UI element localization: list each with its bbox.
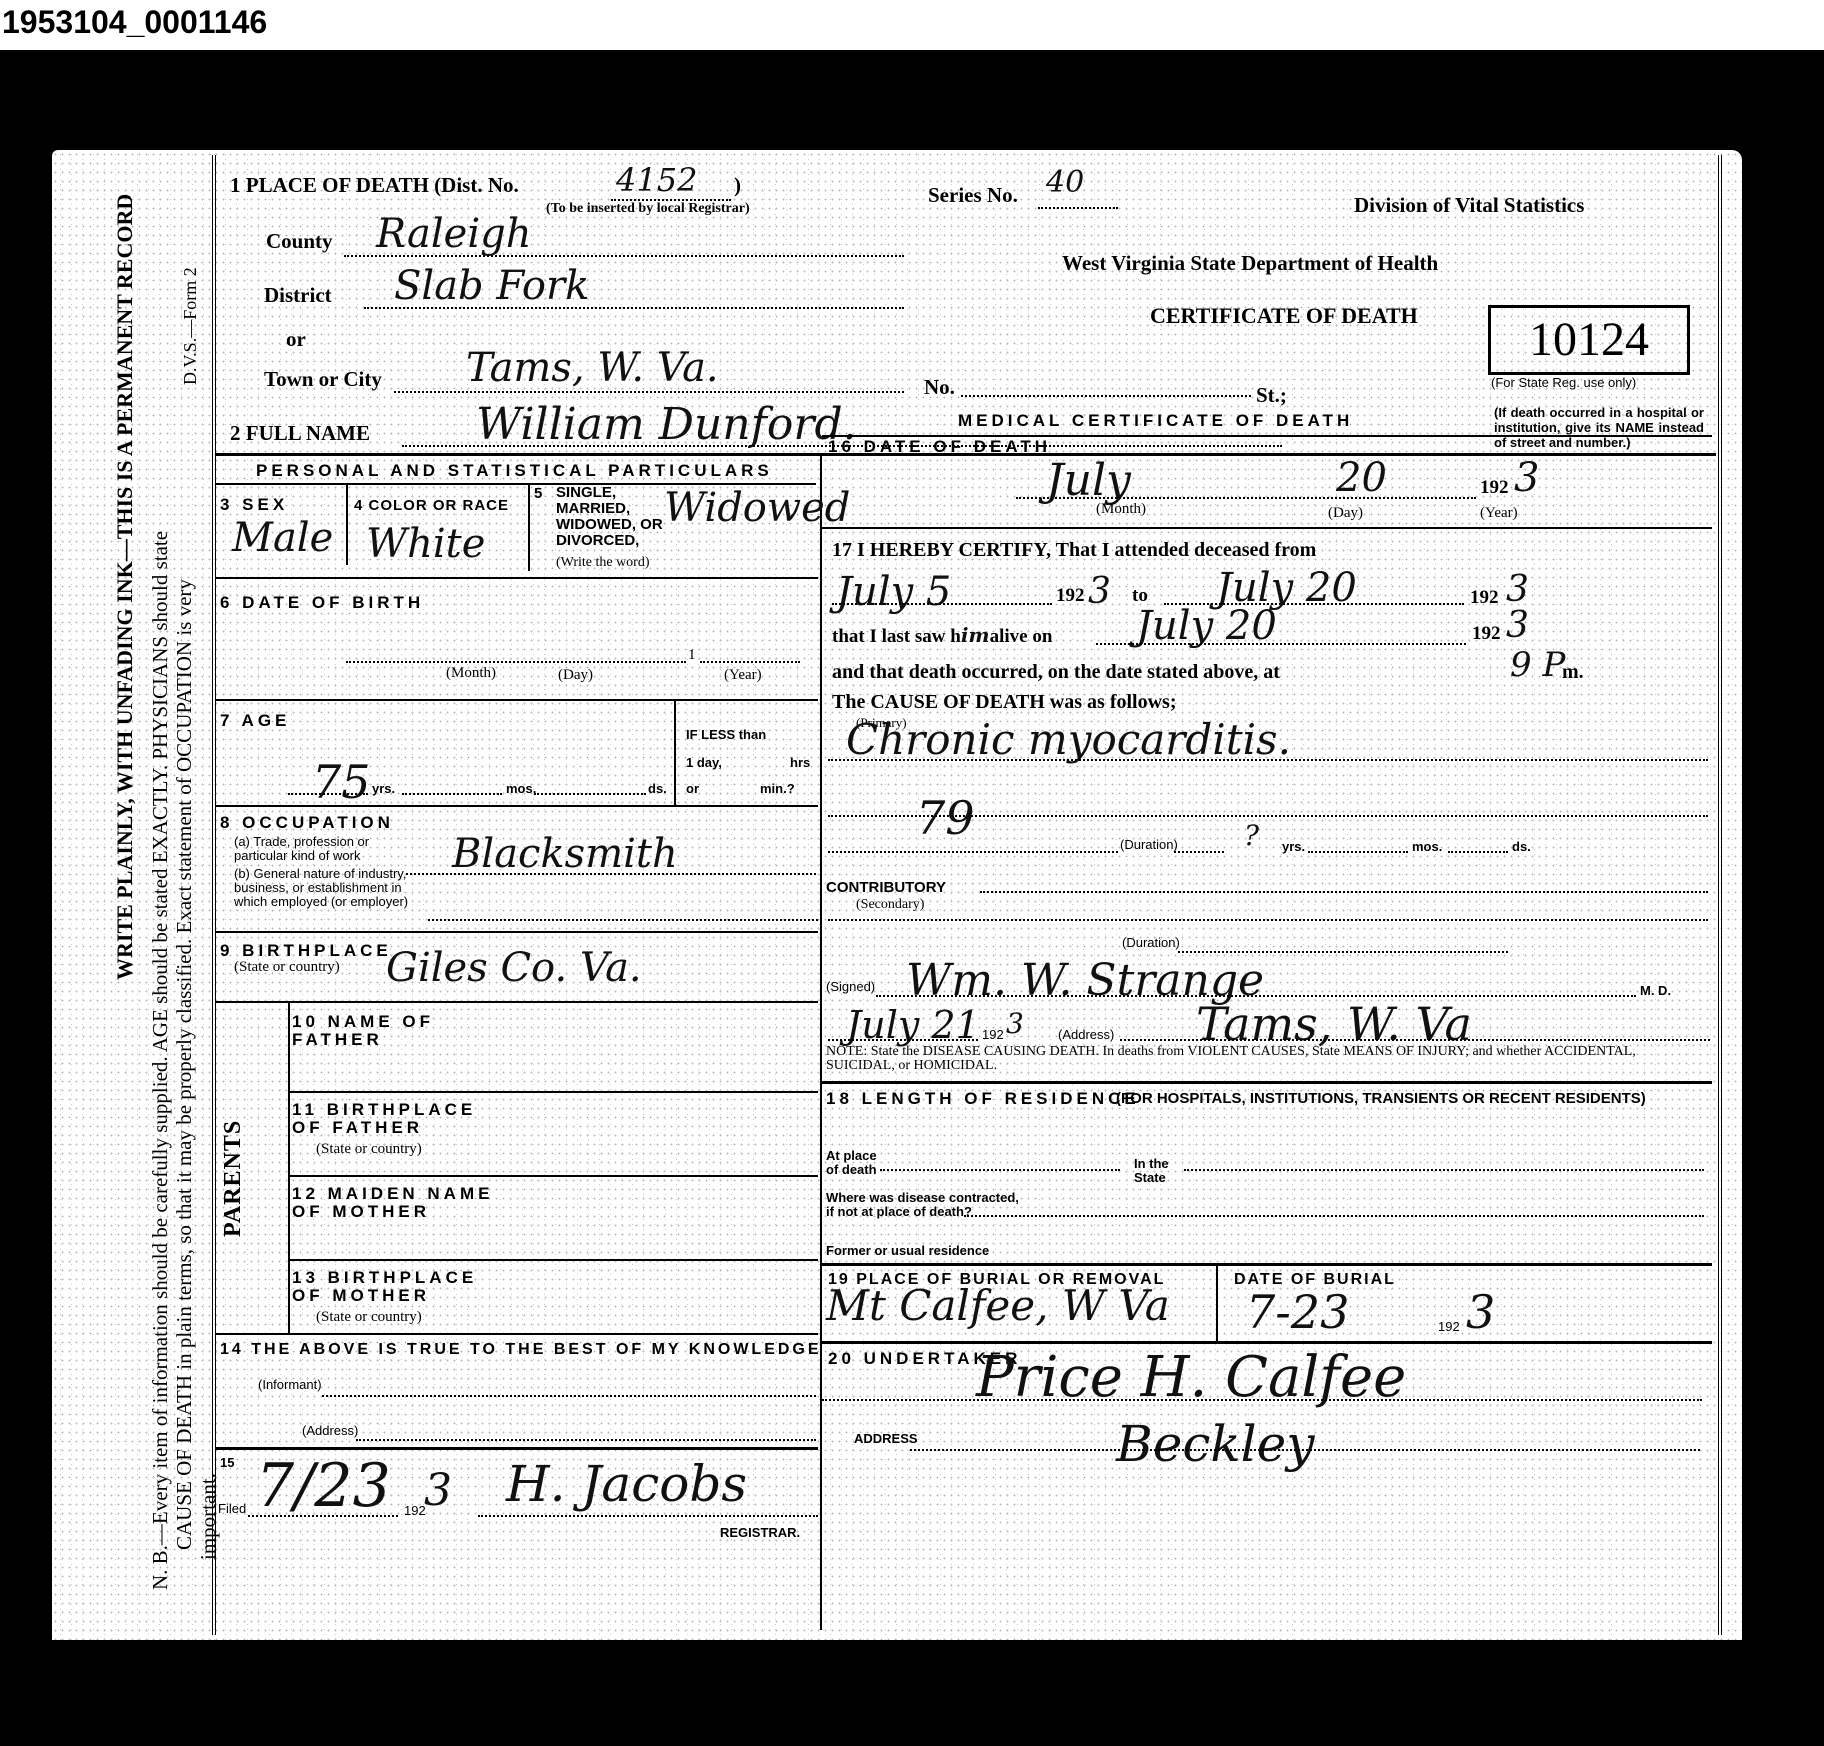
nb-instruction-line1: N. B.—Every item of information should b…: [148, 531, 173, 1590]
sidebar-instructions: WRITE PLAINLY, WITH UNFADING INK—THIS IS…: [52, 150, 212, 1640]
marital-label: SINGLE, MARRIED, WIDOWED, OR DIVORCED,: [556, 485, 676, 549]
county-value: Raleigh: [376, 211, 532, 257]
attended-from-year: 3: [1088, 571, 1111, 612]
personal-section-title: PERSONAL AND STATISTICAL PARTICULARS: [256, 461, 773, 481]
age-years: 75: [312, 755, 371, 809]
place-of-death-label: 1 PLACE OF DEATH (Dist. No.: [230, 173, 519, 198]
marital-note: (Write the word): [556, 555, 650, 571]
father-name-label: 10 NAME OF FATHER: [292, 1013, 492, 1049]
signed-year: 3: [1006, 1007, 1024, 1040]
attended-from-year-prefix: 192: [1056, 585, 1085, 607]
burial-year-prefix: 192: [1438, 1319, 1460, 1334]
hospital-note: (If death occurred in a hospital or inst…: [1494, 405, 1704, 450]
series-label: Series No.: [928, 183, 1018, 208]
dod-day-label: (Day): [1328, 505, 1363, 522]
md-label: M. D.: [1640, 983, 1671, 998]
last-saw-label: that I last saw himalive on: [832, 623, 1052, 648]
district-label: District: [264, 283, 332, 308]
street-label: St.;: [1256, 383, 1287, 408]
dob-year-label: (Year): [724, 667, 762, 684]
birthplace-note: (State or country): [234, 959, 340, 976]
registrar-label: REGISTRAR.: [720, 1525, 800, 1540]
father-birthplace-label: 11 BIRTHPLACE OF FATHER: [292, 1101, 492, 1137]
certify-statement: 17 I HEREBY CERTIFY, That I attended dec…: [832, 539, 1316, 562]
form-code: D.V.S.—Form 2: [180, 267, 201, 385]
dod-label: 16 DATE OF DEATH: [828, 437, 1051, 457]
if-less-label: IF LESS than: [686, 727, 766, 742]
informant-statement: 14 THE ABOVE IS TRUE TO THE BEST OF MY K…: [220, 1341, 822, 1359]
burial-place: Mt Calfee, W Va: [826, 1281, 1170, 1330]
informant-label: (Informant): [258, 1377, 322, 1392]
undertaker-address-label: ADDRESS: [854, 1431, 918, 1446]
signed-label: (Signed): [826, 979, 875, 994]
county-label: County: [266, 229, 333, 254]
or-min-label: or: [686, 781, 699, 796]
residence-label: 18 LENGTH OF RESIDENCE: [826, 1089, 1140, 1109]
street-no-label: No.: [924, 375, 955, 400]
age-label: 7 AGE: [220, 711, 290, 731]
town-label: Town or City: [264, 367, 382, 392]
dod-year-prefix: 192: [1480, 477, 1509, 499]
certificate-title: CERTIFICATE OF DEATH: [1150, 303, 1418, 329]
burial-date: 7-23: [1246, 1285, 1349, 1339]
mother-birthplace-label: 13 BIRTHPLACE OF MOTHER: [292, 1269, 492, 1305]
in-state-label: In the State: [1134, 1157, 1194, 1185]
full-name-label: 2 FULL NAME: [230, 421, 370, 446]
dob-month-label: (Month): [446, 665, 496, 682]
contributory-label: CONTRIBUTORY: [826, 879, 946, 896]
duration-ds-label: ds.: [1512, 839, 1531, 854]
former-residence-label: Former or usual residence: [826, 1243, 989, 1258]
min-label: min.?: [760, 781, 795, 796]
filed-date: 7/23: [256, 1451, 391, 1521]
or-label: or: [286, 327, 306, 352]
dod-day: 20: [1336, 455, 1387, 501]
image-id-label: 1953104_0001146: [2, 4, 267, 41]
at-place-label: At place of death: [826, 1149, 886, 1177]
last-saw-year: 3: [1506, 605, 1529, 646]
race-value: White: [366, 521, 485, 567]
dod-year-label: (Year): [1480, 505, 1518, 522]
father-birthplace-note: (State or country): [316, 1141, 422, 1158]
signed-year-prefix: 192: [982, 1027, 1004, 1042]
district-value: Slab Fork: [394, 263, 589, 309]
marital-number: 5: [534, 485, 542, 502]
full-name-value: William Dunford.: [476, 399, 857, 450]
nb-instruction-line2: CAUSE OF DEATH in plain terms, so that i…: [172, 579, 197, 1550]
sex-label: 3 SEX: [220, 495, 288, 515]
physician-address-label: (Address): [1058, 1027, 1114, 1042]
time-of-death: 9 P: [1510, 645, 1565, 685]
primary-cause: Chronic myocarditis.: [846, 715, 1291, 764]
dod-year: 3: [1514, 455, 1539, 501]
am-pm-label: m.: [1562, 661, 1584, 684]
dob-year-prefix: 1: [688, 647, 696, 664]
age-ds-label: ds.: [648, 781, 667, 796]
series-number: 40: [1046, 165, 1084, 200]
filed-year: 3: [424, 1465, 452, 1516]
last-saw-pronoun: im: [961, 623, 990, 647]
attended-to-year: 3: [1506, 569, 1529, 610]
death-occurred-statement: and that death occurred, on the date sta…: [832, 661, 1280, 684]
duration-yrs-label: yrs.: [1282, 839, 1305, 854]
birthplace-value: Giles Co. Va.: [386, 945, 642, 991]
division-title: Division of Vital Statistics: [1354, 193, 1584, 218]
duration-mos-label: mos.: [1412, 839, 1442, 854]
cause-note: 79: [916, 791, 975, 845]
mother-maiden-label: 12 MAIDEN NAME OF MOTHER: [292, 1185, 532, 1221]
district-number: 4152: [616, 161, 697, 199]
mother-birthplace-note: (State or country): [316, 1309, 422, 1326]
occupation-label: 8 OCCUPATION: [220, 813, 394, 833]
attended-from: July 5: [836, 569, 951, 615]
filed-year-prefix: 192: [404, 1503, 426, 1518]
marital-value: Widowed: [664, 485, 850, 531]
residence-note: (FOR HOSPITALS, INSTITUTIONS, TRANSIENTS…: [1116, 1091, 1676, 1107]
dod-month-label: (Month): [1096, 501, 1146, 518]
duration-years: ?: [1244, 819, 1259, 852]
dob-day-label: (Day): [558, 667, 593, 684]
hrs-label: hrs: [790, 755, 810, 770]
dob-label: 6 DATE OF BIRTH: [220, 593, 424, 613]
occupation-value: Blacksmith: [452, 831, 678, 877]
cause-intro: The CAUSE OF DEATH was as follows;: [832, 691, 1176, 714]
undertaker-address: Beckley: [1116, 1415, 1314, 1473]
filed-label: Filed: [218, 1501, 246, 1516]
town-value: Tams, W. Va.: [466, 345, 719, 391]
physician-address: Tams, W. Va: [1196, 997, 1472, 1051]
attended-to-year-prefix: 192: [1470, 587, 1499, 609]
death-certificate-form: 1 PLACE OF DEATH (Dist. No. 4152 ) (To b…: [212, 155, 1722, 1635]
dist-no-note: (To be inserted by local Registrar): [546, 201, 750, 217]
informant-address-label: (Address): [302, 1423, 358, 1438]
certificate-number: 10124: [1488, 305, 1690, 375]
duration-label: (Duration): [1120, 837, 1178, 852]
permanent-record-note: WRITE PLAINLY, WITH UNFADING INK—THIS IS…: [112, 194, 138, 980]
one-day-label: 1 day,: [686, 755, 722, 770]
department-title: West Virginia State Department of Health: [1062, 251, 1438, 276]
note-text: NOTE: State the DISEASE CAUSING DEATH. I…: [826, 1045, 1706, 1073]
race-label: 4 COLOR OR RACE: [354, 497, 509, 514]
secondary-label: (Secondary): [856, 897, 924, 913]
age-mos-label: mos.: [506, 781, 536, 796]
sex-value: Male: [232, 515, 333, 561]
occupation-a-label: (a) Trade, profession or particular kind…: [234, 835, 404, 863]
burial-year: 3: [1466, 1285, 1495, 1339]
registrar-signature: H. Jacobs: [506, 1455, 747, 1513]
birthplace-label: 9 BIRTHPLACE: [220, 941, 392, 961]
age-yrs-label: yrs.: [372, 781, 395, 796]
parents-label: PARENTS: [220, 1120, 247, 1237]
filed-number: 15: [220, 1455, 234, 1470]
medical-section-title: MEDICAL CERTIFICATE OF DEATH: [958, 411, 1353, 431]
last-saw-year-prefix: 192: [1472, 623, 1501, 645]
duration2-label: (Duration): [1122, 935, 1180, 950]
cert-number-note: (For State Reg. use only): [1491, 375, 1636, 390]
occupation-b-label: (b) General nature of industry, business…: [234, 867, 424, 909]
